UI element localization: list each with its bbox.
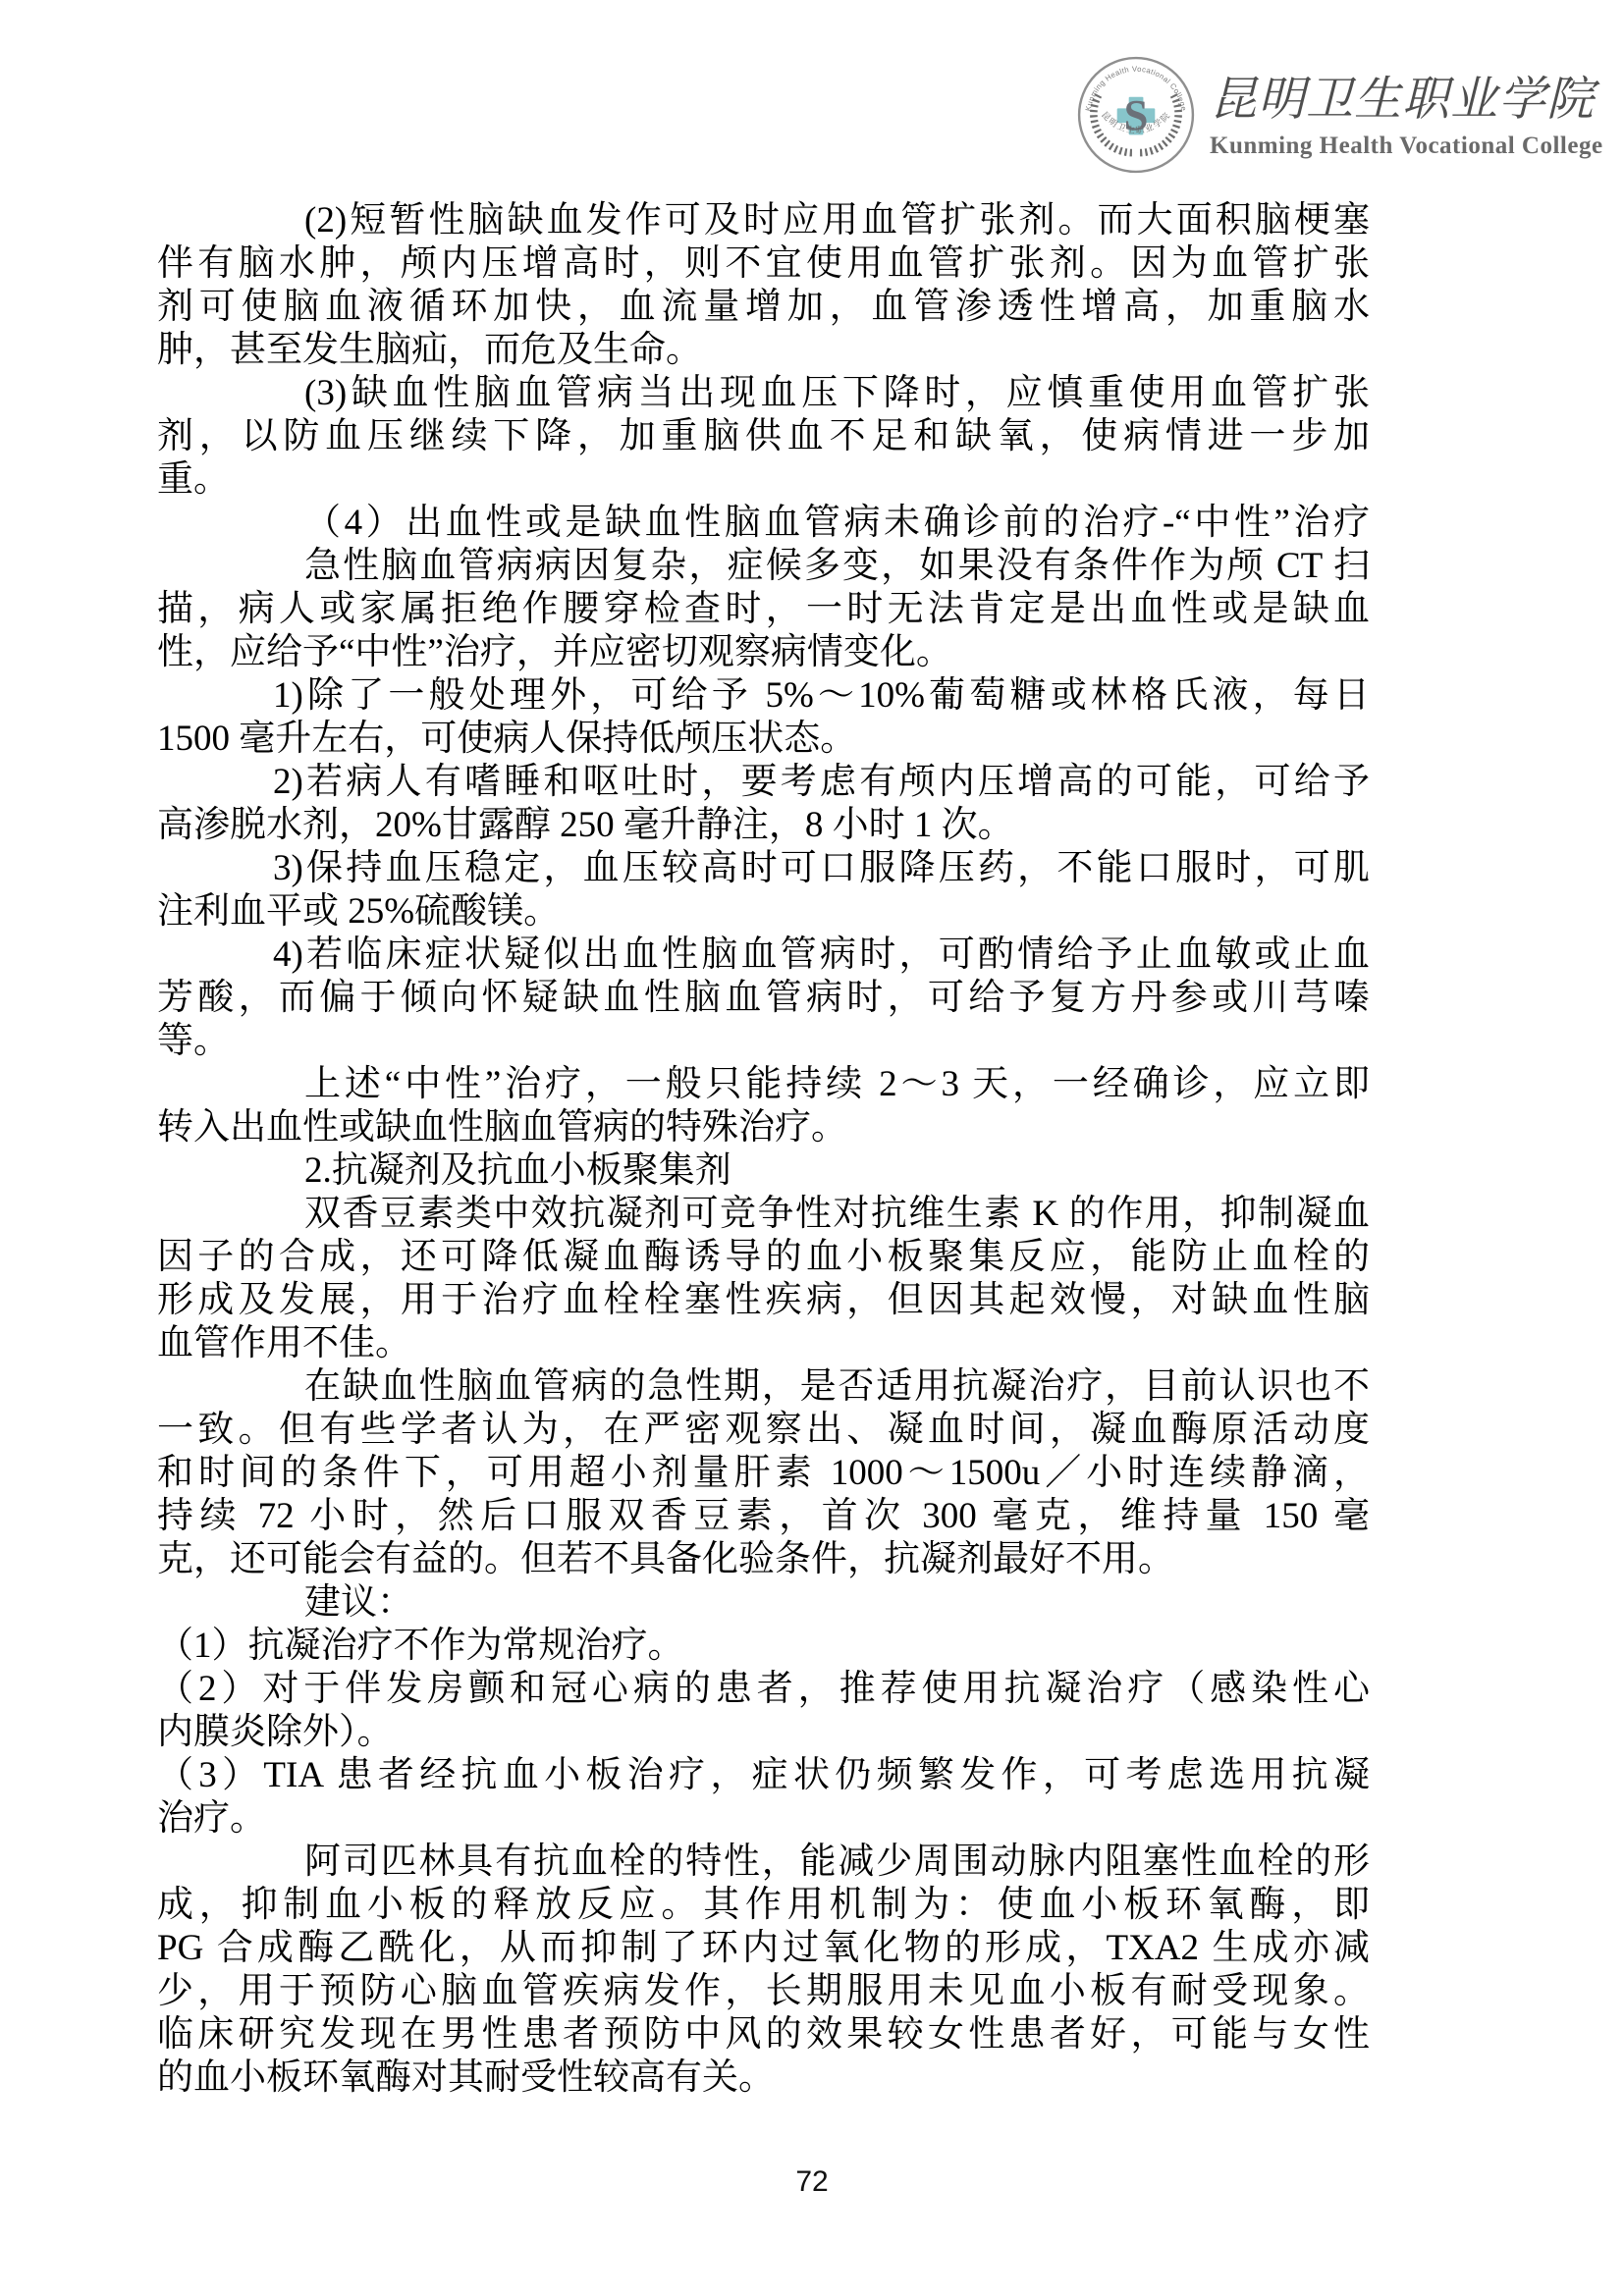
page-number: 72 <box>0 2165 1624 2199</box>
text-line: 芳酸，而偏于倾向怀疑缺血性脑血管病时，可给予复方丹参或川芎嗪 <box>157 977 1370 1020</box>
document-page: Kunming Health Vocational College S 昆明卫生… <box>0 0 1624 2296</box>
text-line: 剂，以防血压继续下降，加重脑供血不足和缺氧，使病情进一步加 <box>157 415 1370 458</box>
text-line: 转入出血性或缺血性脑血管病的特殊治疗。 <box>157 1106 1370 1149</box>
text-line: 阿司匹林具有抗血栓的特性，能减少周围动脉内阻塞性血栓的形 <box>157 1841 1370 1884</box>
text-line: 内膜炎除外）。 <box>157 1711 1370 1754</box>
text-line: 肿，甚至发生脑疝，而危及生命。 <box>157 329 1370 372</box>
text-line: 剂可使脑血液循环加快，血流量增加，血管渗透性增高，加重脑水 <box>157 286 1370 329</box>
text-line: 注利血平或 25%硫酸镁。 <box>157 890 1370 934</box>
text-line: 高渗脱水剂，20%甘露醇 250 毫升静注，8 小时 1 次。 <box>157 804 1370 847</box>
text-line: 1500 毫升左右，可使病人保持低颅压状态。 <box>157 718 1370 761</box>
text-line: 1)除了一般处理外，可给予 5%～10%葡萄糖或林格氏液，每日 <box>157 674 1370 718</box>
text-line: 建议： <box>157 1581 1370 1625</box>
text-line: 成，抑制血小板的释放反应。其作用机制为：使血小板环氧酶，即 <box>157 1884 1370 1927</box>
text-line: 急性脑血管病病因复杂，症候多变，如果没有条件作为颅 CT 扫 <box>157 545 1370 588</box>
text-line: 重。 <box>157 458 1370 502</box>
text-line: 上述“中性”治疗，一般只能持续 2～3 天，一经确诊，应立即 <box>157 1063 1370 1106</box>
text-line: 等。 <box>157 1020 1370 1063</box>
text-line: 描，病人或家属拒绝作腰穿检查时，一时无法肯定是出血性或是缺血 <box>157 588 1370 631</box>
text-line: （3）TIA 患者经抗血小板治疗，症状仍频繁发作，可考虑选用抗凝 <box>157 1754 1370 1797</box>
text-line: 血管作用不佳。 <box>157 1322 1370 1365</box>
text-line: 一致。但有些学者认为，在严密观察出、凝血时间，凝血酶原活动度 <box>157 1409 1370 1452</box>
header-text: 昆明卫生职业学院 Kunming Health Vocational Colle… <box>1210 53 1603 160</box>
text-line: (2)短暂性脑缺血发作可及时应用血管扩张剂。而大面积脑梗塞 <box>157 199 1370 242</box>
text-line: 临床研究发现在男性患者预防中风的效果较女性患者好，可能与女性 <box>157 2013 1370 2056</box>
text-line: 性，应给予“中性”治疗，并应密切观察病情变化。 <box>157 631 1370 674</box>
text-line: PG 合成酶乙酰化，从而抑制了环内过氧化物的形成，TXA2 生成亦减 <box>157 1927 1370 1970</box>
text-line: 3)保持血压稳定，血压较高时可口服降压药，不能口服时，可肌 <box>157 847 1370 890</box>
text-line: 形成及发展，用于治疗血栓栓塞性疾病，但因其起效慢，对缺血性脑 <box>157 1279 1370 1322</box>
text-line: 2)若病人有嗜睡和呕吐时，要考虑有颅内压增高的可能，可给予 <box>157 761 1370 804</box>
text-line: 4)若临床症状疑似出血性脑血管病时，可酌情给予止血敏或止血 <box>157 934 1370 977</box>
college-logo-icon: Kunming Health Vocational College S 昆明卫生… <box>1076 53 1196 177</box>
text-line: 伴有脑水肿，颅内压增高时，则不宜使用血管扩张剂。因为血管扩张 <box>157 242 1370 286</box>
text-line: （2）对于伴发房颤和冠心病的患者，推荐使用抗凝治疗（感染性心 <box>157 1668 1370 1711</box>
text-line: 克，还可能会有益的。但若不具备化验条件，抗凝剂最好不用。 <box>157 1538 1370 1581</box>
body-text: (2)短暂性脑缺血发作可及时应用血管扩张剂。而大面积脑梗塞 伴有脑水肿，颅内压增… <box>157 199 1370 2100</box>
text-line: 的血小板环氧酶对其耐受性较高有关。 <box>157 2056 1370 2100</box>
text-line: 在缺血性脑血管病的急性期，是否适用抗凝治疗，目前认识也不 <box>157 1365 1370 1409</box>
text-line: (3)缺血性脑血管病当出现血压下降时，应慎重使用血管扩张 <box>157 372 1370 415</box>
text-line: （1）抗凝治疗不作为常规治疗。 <box>157 1625 1370 1668</box>
text-line: 持续 72 小时，然后口服双香豆素，首次 300 毫克，维持量 150 毫 <box>157 1495 1370 1538</box>
header: Kunming Health Vocational College S 昆明卫生… <box>1076 53 1603 177</box>
text-line: （4）出血性或是缺血性脑血管病未确诊前的治疗-“中性”治疗 <box>157 502 1370 545</box>
college-name-zh: 昆明卫生职业学院 <box>1210 75 1603 127</box>
text-line: 和时间的条件下，可用超小剂量肝素 1000～1500u／小时连续静滴， <box>157 1452 1370 1495</box>
text-line: 因子的合成，还可降低凝血酶诱导的血小板聚集反应，能防止血栓的 <box>157 1236 1370 1279</box>
text-line: 少，用于预防心脑血管疾病发作，长期服用未见血小板有耐受现象。 <box>157 1970 1370 2013</box>
text-line: 治疗。 <box>157 1797 1370 1841</box>
text-line: 2.抗凝剂及抗血小板聚集剂 <box>157 1149 1370 1193</box>
college-name-en: Kunming Health Vocational College <box>1210 133 1603 160</box>
text-line: 双香豆素类中效抗凝剂可竞争性对抗维生素 K 的作用，抑制凝血 <box>157 1193 1370 1236</box>
